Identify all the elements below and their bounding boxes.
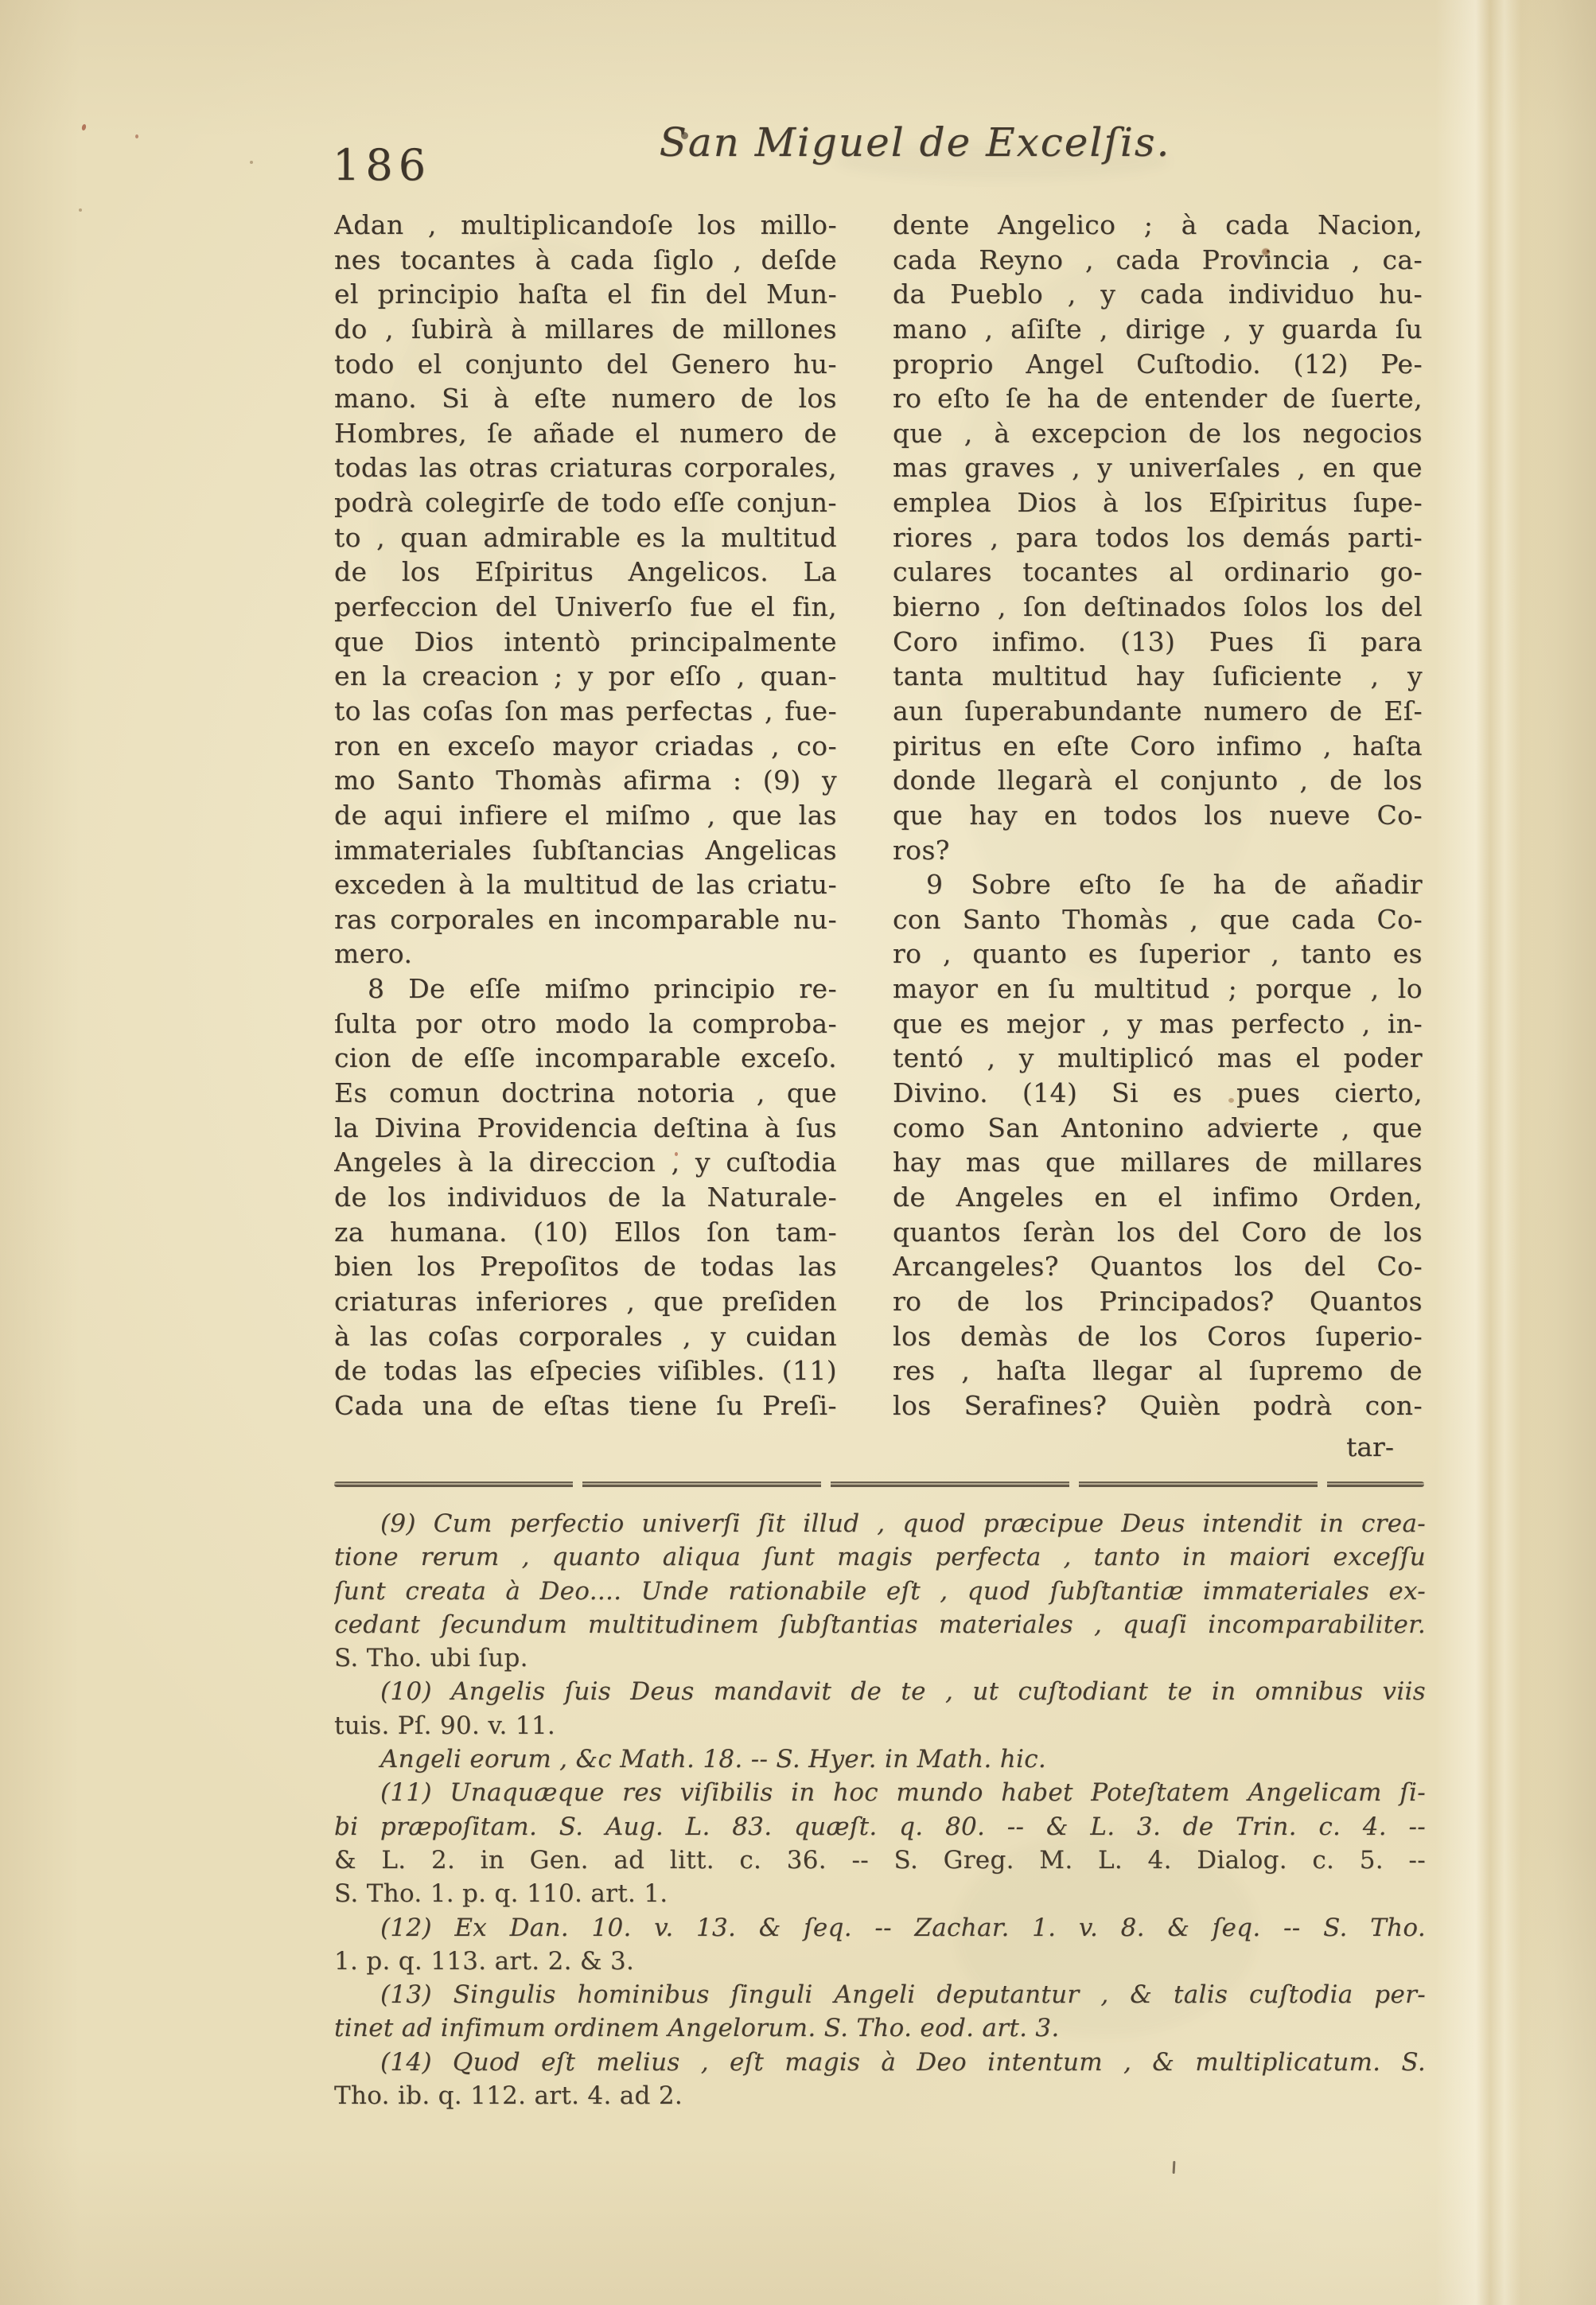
text-line: à las coſas corporales , y cuidan [334, 1319, 837, 1354]
text-line: Tho. ib. q. 112. art. 4. ad 2. [334, 2079, 1426, 2112]
text-line: Hombres, ſe añade el numero de [334, 416, 837, 451]
text-line: exceden à la multitud de las criatu- [334, 867, 837, 902]
ink-spot [1136, 1550, 1142, 1555]
text-line: tione rerum , quanto aliqua ſunt magis p… [334, 1540, 1426, 1574]
text-line: ras corporales en incomparable nu- [334, 902, 837, 937]
text-line: & L. 2. in Gen. ad litt. c. 36. -- S. Gr… [334, 1844, 1426, 1877]
text-line: tinet ad infimum ordinem Angelorum. S. T… [334, 2011, 1426, 2045]
ink-spot [675, 1152, 678, 1156]
text-line: ron en exceſo mayor criadas , co- [334, 729, 837, 764]
text-line: los Serafines? Quièn podrà con- [893, 1388, 1423, 1423]
text-line: (12) Ex Dan. 10. v. 13. & ſeq. -- Zachar… [334, 1911, 1426, 1945]
text-line: dente Angelico ; à cada Nacion, [893, 208, 1423, 243]
text-line: que , à excepcion de los negocios [893, 416, 1423, 451]
text-line: criaturas inferiores , que preſiden [334, 1284, 837, 1319]
text-line: mo Santo Thomàs afirma : (9) y [334, 763, 837, 798]
ink-spot [81, 123, 87, 130]
page-number: 186 [333, 140, 431, 190]
text-line: tuis. Pſ. 90. v. 11. [334, 1709, 1426, 1742]
text-line: quantos ſeràn los del Coro de los [893, 1215, 1423, 1250]
text-line: Coro infimo. (13) Pues ſi para [893, 625, 1423, 660]
text-line: nes tocantes à cada ſiglo , deſde [334, 243, 837, 278]
text-line: 8 De eſſe miſmo principio re- [334, 971, 837, 1006]
text-line: cion de eſſe incomparable exceſo. [334, 1041, 837, 1076]
text-line: bi præpoſitam. S. Aug. L. 83. quæſt. q. … [334, 1810, 1426, 1844]
text-line: tentó , y multiplicó mas el poder [893, 1041, 1423, 1076]
text-line: 9 Sobre eſto ſe ha de añadir [893, 867, 1423, 902]
text-line: todo el conjunto del Genero hu- [334, 347, 837, 382]
text-line: donde llegarà el conjunto , de los [893, 763, 1423, 798]
text-line: los demàs de los Coros ſuperio- [893, 1319, 1423, 1354]
text-line: en la creacion ; y por eſſo , quan- [334, 659, 837, 694]
text-line: tanta multitud hay ſuficiente , y [893, 659, 1423, 694]
text-line: hay mas que millares de millares [893, 1145, 1423, 1180]
text-line: piritus en eſte Coro infimo , haſta [893, 729, 1423, 764]
ink-spot [79, 208, 82, 212]
text-line: que es mejor , y mas perfecto , in- [893, 1006, 1423, 1042]
text-line: de todas las eſpecies viſibles. (11) [334, 1353, 837, 1388]
text-line: la Divina Providencia deſtina à ſus [334, 1111, 837, 1146]
text-line: que hay en todos los nueve Co- [893, 798, 1423, 833]
text-line: riores , para todos los demás parti- [893, 520, 1423, 555]
text-line: (9) Cum perfectio univerſi ſit illud , q… [334, 1507, 1426, 1540]
text-line: como San Antonino advierte , que [893, 1111, 1423, 1146]
text-line: da Pueblo , y cada individuo hu- [893, 277, 1423, 312]
ink-mark [1173, 2161, 1176, 2174]
text-line: (10) Angelis ſuis Deus mandavit de te , … [334, 1675, 1426, 1708]
text-line: (14) Quod eſt melius , eſt magis à Deo i… [334, 2046, 1426, 2079]
text-line: Cada una de eſtas tiene ſu Preſi- [334, 1388, 837, 1423]
text-line: que Dios intentò principalmente [334, 625, 837, 660]
text-line: culares tocantes al ordinario go- [893, 555, 1423, 590]
ink-spot [135, 134, 138, 138]
text-line: el principio haſta el fin del Mun- [334, 277, 837, 312]
footnotes-block: (9) Cum perfectio univerſi ſit illud , q… [334, 1507, 1426, 2112]
running-title: San Miguel de Excelſis. [597, 119, 1233, 165]
text-line: ſulta por otro modo la comproba- [334, 1006, 837, 1042]
text-line: (13) Singulis hominibus ſinguli Angeli d… [334, 1978, 1426, 2011]
text-line: S. Tho. ubi ſup. [334, 1641, 1426, 1675]
text-line: cada Reyno , cada Provincia , ca- [893, 243, 1423, 278]
text-line: res , haſta llegar al ſupremo de [893, 1353, 1423, 1388]
left-text-column: Adan , multiplicandoſe los millo-nes toc… [334, 208, 837, 1423]
text-line: ro de los Principados? Quantos [893, 1284, 1423, 1319]
text-line: to , quan admirable es la multitud [334, 520, 837, 555]
text-line: ros? [893, 833, 1423, 868]
text-line: 1. p. q. 113. art. 2. & 3. [334, 1945, 1426, 1978]
text-line: bien los Prepoſitos de todas las [334, 1249, 837, 1284]
text-line: de aqui infiere el miſmo , que las [334, 798, 837, 833]
text-line: todas las otras criaturas corporales, [334, 450, 837, 485]
text-line: mayor en ſu multitud ; porque , lo [893, 971, 1423, 1006]
text-line: proprio Angel Cuſtodio. (12) Pe- [893, 347, 1423, 382]
catchword: tar- [893, 1430, 1394, 1465]
page-edge-crease [1435, 0, 1555, 2305]
text-line: ro , quanto es ſuperior , tanto es [893, 936, 1423, 971]
text-line: mero. [334, 936, 837, 971]
text-line: to las coſas ſon mas perfectas , fue- [334, 694, 837, 729]
text-line: de Angeles en el infimo Orden, [893, 1180, 1423, 1215]
text-line: mas graves , y univerſales , en que [893, 450, 1423, 485]
text-line: Es comun doctrina notoria , que [334, 1076, 837, 1111]
text-line: podrà colegirſe de todo eſſe conjun- [334, 485, 837, 520]
text-line: mano. Si à eſte numero de los [334, 381, 837, 416]
text-line: mano , aſiſte , dirige , y guarda ſu [893, 312, 1423, 347]
ink-spot [1228, 1098, 1234, 1103]
text-line: Arcangeles? Quantos los del Co- [893, 1249, 1423, 1284]
footnote-separator-rule [334, 1482, 1424, 1487]
text-line: za humana. (10) Ellos ſon tam- [334, 1215, 837, 1250]
text-line: Angeli eorum , &c Math. 18. -- S. Hyer. … [334, 1742, 1426, 1776]
text-line: cedant ſecundum multitudinem ſubſtantias… [334, 1608, 1426, 1641]
text-line: Adan , multiplicandoſe los millo- [334, 208, 837, 243]
right-text-column: dente Angelico ; à cada Nacion,cada Reyn… [893, 208, 1423, 1423]
text-line: ſunt creata à Deo.... Unde rationabile e… [334, 1575, 1426, 1608]
text-line: de los Eſpiritus Angelicos. La [334, 555, 837, 590]
text-line: perfeccion del Univerſo fue el fin, [334, 590, 837, 625]
ink-spot [250, 161, 253, 164]
text-line: immateriales ſubſtancias Angelicas [334, 833, 837, 868]
text-line: aun ſuperabundante numero de Eſ- [893, 694, 1423, 729]
text-line: (11) Unaquæque res viſibilis in hoc mund… [334, 1776, 1426, 1809]
text-line: emplea Dios à los Eſpiritus ſupe- [893, 485, 1423, 520]
text-line: de los individuos de la Naturale- [334, 1180, 837, 1215]
text-line: ro eſto ſe ha de entender de ſuerte, [893, 381, 1423, 416]
ink-spot [1244, 1122, 1249, 1127]
text-line: S. Tho. 1. p. q. 110. art. 1. [334, 1877, 1426, 1910]
book-page-scan: 186 San Miguel de Excelſis. Adan , multi… [0, 0, 1596, 2305]
text-line: Angeles à la direccion , y cuſtodia [334, 1145, 837, 1180]
text-line: Divino. (14) Si es pues cierto, [893, 1076, 1423, 1111]
text-line: bierno , ſon deſtinados ſolos los del [893, 590, 1423, 625]
text-line: con Santo Thomàs , que cada Co- [893, 902, 1423, 937]
text-line: do , ſubirà à millares de millones [334, 312, 837, 347]
ink-spot [1262, 248, 1270, 255]
